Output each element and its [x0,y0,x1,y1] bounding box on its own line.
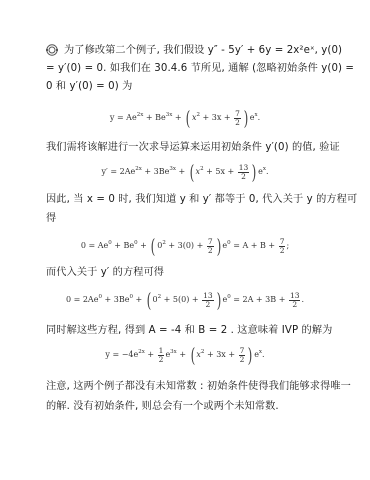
paragraph-1-line-1: 为了修改第二个例子, 我们假设 y″ - 5y′ + 6y = 2x²eˣ, y… [64,44,342,58]
paragraph-1-line-3: 0 和 y′(0) = 0) 为 [46,80,132,94]
paragraph-3-line-1: 因此, 当 x = 0 时, 我们知道 y 和 y′ 都等于 0, 代入关于 y… [46,193,357,207]
paragraph-6-line-2: 的解. 没有初始条件, 则总会有一个或两个未知常数. [46,400,279,414]
paragraph-1-line-2: = y′(0) = 0. 如我们在 30.4.6 节所见, 通解 (忽略初始条件… [46,62,354,76]
paragraph-3-line-2: 得 [46,212,56,226]
equation-y-at-zero: 0 = Ae0 + Be0 + (02 + 3(0) + 72)e0 = A +… [0,234,370,258]
note-circle-icon [46,44,58,56]
paragraph-4: 而代入关于 y′ 的方程可得 [46,266,164,280]
paragraph-6-line-1: 注意, 这两个例子都没有未知常数 : 初始条件使得我们能够求得唯一 [46,380,351,394]
equation-yprime-at-zero: 0 = 2Ae0 + 3Be0 + (02 + 5(0) + 132)e0 = … [0,288,370,312]
equation-ivp-solution: y = −4e2x + 12e3x + (x2 + 3x + 72)ex. [0,343,370,367]
equation-derivative: y′ = 2Ae2x + 3Be3x + (x2 + 5x + 132)ex. [0,160,370,184]
paragraph-5: 同时解这些方程, 得到 A = -4 和 B = 2 . 这意味着 IVP 的解… [46,324,332,338]
paragraph-2: 我们需将该解进行一次求导运算来运用初始条件 y′(0) 的值, 验证 [46,141,340,155]
equation-general-solution: y = Ae2x + Be3x + (x2 + 3x + 72)ex. [0,106,370,130]
